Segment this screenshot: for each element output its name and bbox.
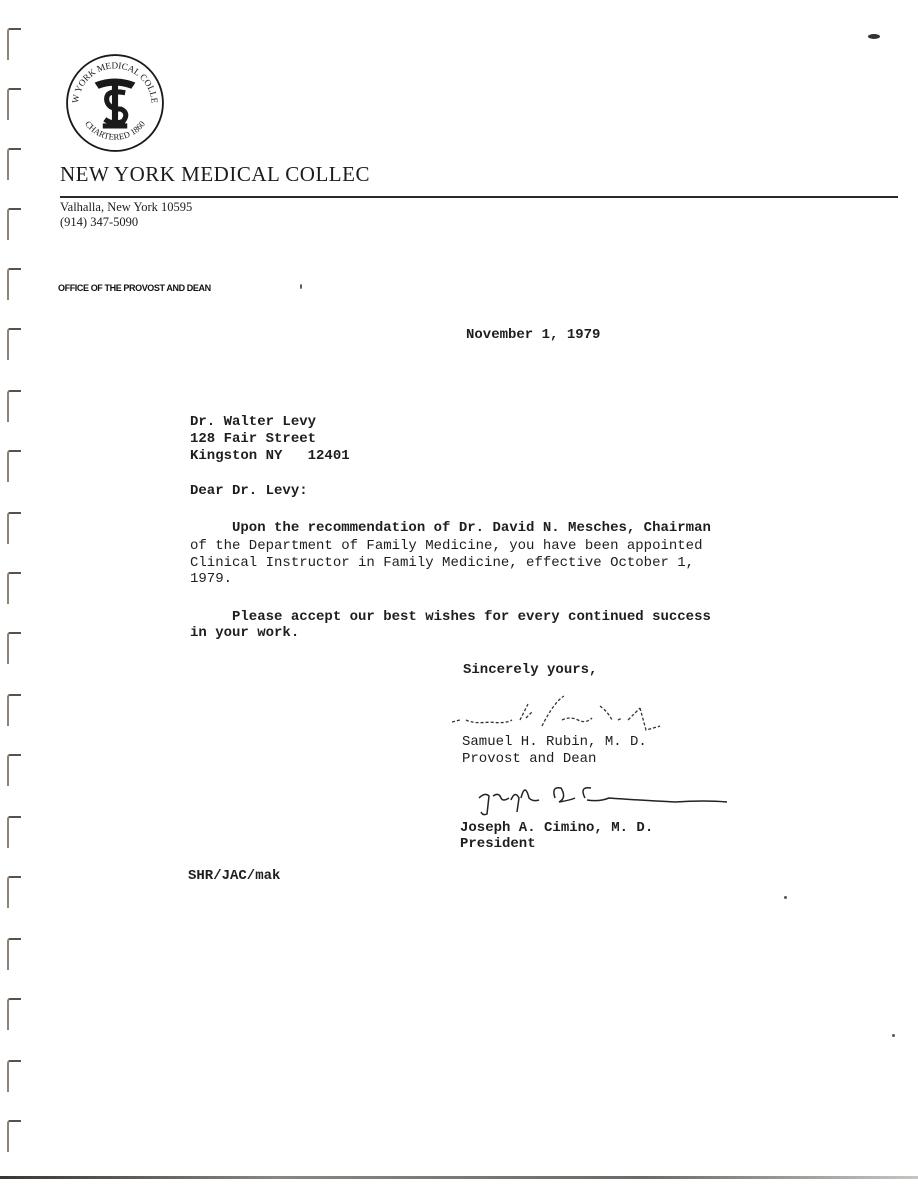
office-name: OFFICE OF THE PROVOST AND DEAN <box>58 283 211 293</box>
punch-hole-icon <box>7 88 21 120</box>
closing: Sincerely yours, <box>463 662 597 679</box>
college-seal-icon: NEW YORK MEDICAL COLLEGE CHARTERED 1860 <box>64 52 166 154</box>
seal-top-text: NEW YORK MEDICAL COLLEGE <box>64 52 160 104</box>
punch-hole-icon <box>7 450 21 482</box>
paragraph-line: 1979. <box>190 571 232 588</box>
institution-address: Valhalla, New York 10595 <box>60 200 192 215</box>
svg-text:NEW YORK MEDICAL COLLEGE: NEW YORK MEDICAL COLLEGE <box>64 52 160 104</box>
punch-hole-icon <box>7 390 21 422</box>
page-bottom-edge <box>0 1176 918 1179</box>
institution-phone: (914) 347-5090 <box>60 215 138 230</box>
signatory-title: President <box>460 836 536 853</box>
scan-speck <box>300 284 302 289</box>
signatory-name: Joseph A. Cimino, M. D. <box>460 820 653 837</box>
punch-hole-icon <box>7 694 21 726</box>
paragraph-line: Upon the recommendation of Dr. David N. … <box>190 520 711 537</box>
signature-rubin-icon <box>450 690 710 740</box>
punch-hole-icon <box>7 1060 21 1092</box>
letterhead-rule <box>60 196 898 198</box>
punch-hole-icon <box>7 1120 21 1152</box>
scan-speck <box>892 1034 895 1037</box>
letter-date: November 1, 1979 <box>466 327 600 344</box>
scan-speck <box>868 34 880 39</box>
recipient-street: 128 Fair Street <box>190 431 316 448</box>
punch-hole-icon <box>7 148 21 180</box>
paragraph-line: Please accept our best wishes for every … <box>190 609 711 626</box>
punch-hole-icon <box>7 28 21 60</box>
salutation: Dear Dr. Levy: <box>190 483 308 500</box>
signature-cimino-icon <box>475 778 735 818</box>
punch-hole-icon <box>7 208 21 240</box>
punch-hole-icon <box>7 268 21 300</box>
signatory-name: Samuel H. Rubin, M. D. <box>462 734 647 751</box>
institution-name: NEW YORK MEDICAL COLLEC <box>60 162 370 187</box>
punch-hole-icon <box>7 876 21 908</box>
punch-hole-icon <box>7 632 21 664</box>
recipient-name: Dr. Walter Levy <box>190 414 316 431</box>
punch-hole-icon <box>7 998 21 1030</box>
scan-speck <box>784 896 787 899</box>
paragraph-line: in your work. <box>190 625 299 642</box>
paragraph-line: Clinical Instructor in Family Medicine, … <box>190 555 694 572</box>
reference-initials: SHR/JAC/mak <box>188 868 280 885</box>
punch-hole-icon <box>7 754 21 786</box>
punch-hole-icon <box>7 938 21 970</box>
punch-hole-icon <box>7 816 21 848</box>
paragraph-line: of the Department of Family Medicine, yo… <box>190 538 702 555</box>
punch-hole-icon <box>7 572 21 604</box>
signatory-title: Provost and Dean <box>462 751 596 768</box>
recipient-city: Kingston NY 12401 <box>190 448 350 465</box>
punch-hole-icon <box>7 512 21 544</box>
punch-hole-icon <box>7 328 21 360</box>
